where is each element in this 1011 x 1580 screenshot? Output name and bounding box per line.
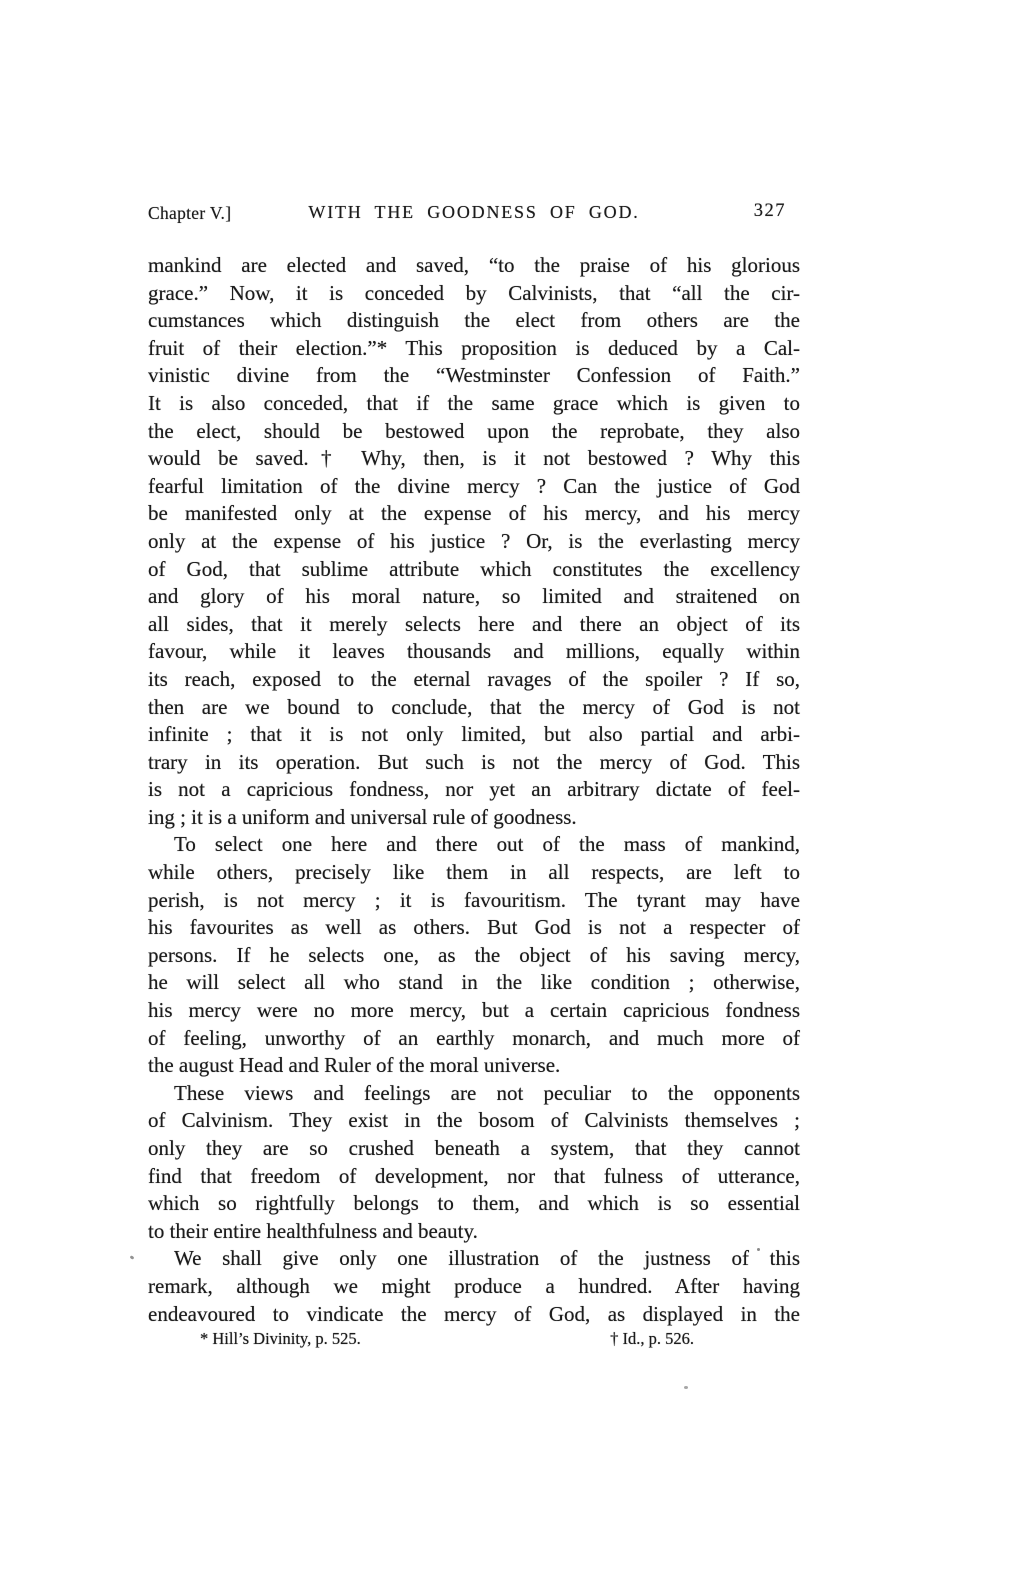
text-line: of God, that sublime attribute which con… [148,556,800,584]
running-title: WITH THE GOODNESS OF GOD. [148,202,800,223]
text-line: would be saved.† Why, then, is it not be… [148,445,800,473]
scan-artifact [684,1386,688,1389]
body-text: mankind are elected and saved, “to the p… [148,252,800,1328]
text-line: grace.” Now, it is conceded by Calvinist… [148,280,800,308]
text-line: only they are so crushed beneath a syste… [148,1135,800,1163]
book-page: Chapter V.] WITH THE GOODNESS OF GOD. 32… [0,0,1011,1580]
paragraph: mankind are elected and saved, “to the p… [148,252,800,831]
paragraph: We shall give only one illustration of t… [148,1245,800,1328]
text-line: to their entire healthfulness and beauty… [148,1218,800,1246]
page-number: 327 [754,201,786,222]
scan-artifact [757,1248,760,1251]
text-line: his mercy were no more mercy, but a cert… [148,997,800,1025]
text-line: To select one here and there out of the … [148,831,800,859]
text-line: persons. If he selects one, as the objec… [148,942,800,970]
footnotes: * Hill’s Divinity, p. 525. † Id., p. 526… [148,1329,800,1349]
text-line: his favourites as well as others. But Go… [148,914,800,942]
text-line: of feeling, unworthy of an earthly monar… [148,1025,800,1053]
footnote-left: * Hill’s Divinity, p. 525. [200,1329,361,1349]
text-line: and glory of his moral nature, so limite… [148,583,800,611]
paragraph: These views and feelings are not peculia… [148,1080,800,1246]
text-line: endeavoured to vindicate the mercy of Go… [148,1301,800,1329]
text-line: all sides, that it merely selects here a… [148,611,800,639]
text-line: while others, precisely like them in all… [148,859,800,887]
text-line: These views and feelings are not peculia… [148,1080,800,1108]
text-line: fearful limitation of the divine mercy ?… [148,473,800,501]
text-line: mankind are elected and saved, “to the p… [148,252,800,280]
text-line: he will select all who stand in the like… [148,969,800,997]
text-line: favour, while it leaves thousands and mi… [148,638,800,666]
text-line: infinite ; that it is not only limited, … [148,721,800,749]
text-line: It is also conceded, that if the same gr… [148,390,800,418]
text-line: is not a capricious fondness, nor yet an… [148,776,800,804]
footnote-right: † Id., p. 526. [610,1329,694,1349]
text-line: only at the expense of his justice ? Or,… [148,528,800,556]
text-line: remark, although we might produce a hund… [148,1273,800,1301]
text-line: perish, is not mercy ; it is favouritism… [148,887,800,915]
scan-artifact [130,1255,135,1260]
text-line: its reach, exposed to the eternal ravage… [148,666,800,694]
text-line: then are we bound to conclude, that the … [148,694,800,722]
text-line: find that freedom of development, nor th… [148,1163,800,1191]
text-line: trary in its operation. But such is not … [148,749,800,777]
text-line: the august Head and Ruler of the moral u… [148,1052,800,1080]
text-line: of Calvinism. They exist in the bosom of… [148,1107,800,1135]
text-line: the elect, should be bestowed upon the r… [148,418,800,446]
text-line: cumstances which distinguish the elect f… [148,307,800,335]
paragraph: To select one here and there out of the … [148,831,800,1079]
text-line: be manifested only at the expense of his… [148,500,800,528]
text-line: We shall give only one illustration of t… [148,1245,800,1273]
text-line: vinistic divine from the “Westminster Co… [148,362,800,390]
text-line: which so rightfully belongs to them, and… [148,1190,800,1218]
text-line: fruit of their election.”* This proposit… [148,335,800,363]
text-line: ing ; it is a uniform and universal rule… [148,804,800,832]
running-header: Chapter V.] WITH THE GOODNESS OF GOD. 32… [148,202,800,228]
